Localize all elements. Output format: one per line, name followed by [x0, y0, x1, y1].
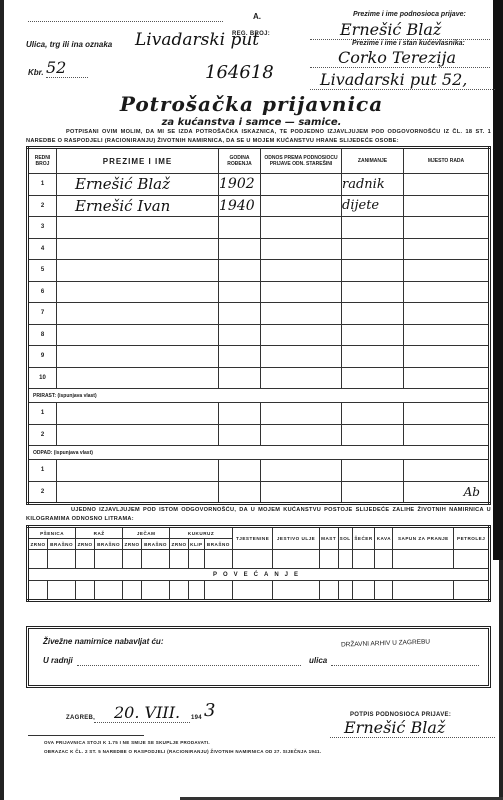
- row-number: 4: [28, 238, 57, 260]
- table-row: 7: [28, 303, 490, 325]
- table-row: 9: [28, 346, 490, 368]
- stock-cell[interactable]: [204, 581, 232, 601]
- relation[interactable]: [261, 367, 342, 389]
- stock-cell[interactable]: [393, 581, 454, 601]
- birth-year[interactable]: 1902: [219, 174, 261, 196]
- stock-cell[interactable]: [28, 550, 48, 569]
- person-name[interactable]: [57, 238, 219, 260]
- person-name[interactable]: Ernešić Blaž: [57, 174, 219, 196]
- increase-label: POVEĆANJE: [28, 569, 490, 581]
- person-name[interactable]: Ernešić Ivan: [57, 195, 219, 217]
- relation[interactable]: [261, 460, 342, 482]
- table-row: 4: [28, 238, 490, 260]
- person-name[interactable]: [57, 424, 219, 446]
- householder-name: Corko Terezija: [310, 48, 490, 68]
- table-row: 10: [28, 367, 490, 389]
- birth-year[interactable]: [219, 424, 261, 446]
- year-prefix: 194: [191, 715, 202, 721]
- applicant-name: Ernešić Blaž: [310, 20, 490, 40]
- decrease-label: ODPAD: (ispunjava vlast): [28, 446, 490, 460]
- decrease-section-header: ODPAD: (ispunjava vlast): [28, 446, 490, 460]
- relation[interactable]: [261, 424, 342, 446]
- occupation[interactable]: dijete: [342, 195, 404, 217]
- table-row: 3: [28, 217, 490, 239]
- relation[interactable]: [261, 238, 342, 260]
- form-letter: A.: [253, 12, 261, 21]
- occupation[interactable]: [342, 281, 404, 303]
- applicant-label: Prezime i ime podnosioca prijave:: [353, 11, 466, 18]
- stock-cell[interactable]: [204, 550, 232, 569]
- relation[interactable]: [261, 403, 342, 425]
- stock-cell[interactable]: [375, 581, 393, 601]
- shop-field[interactable]: [77, 664, 301, 666]
- street-label: Ulica, trg ili ina oznaka: [26, 40, 112, 49]
- workplace[interactable]: [404, 174, 490, 196]
- subheader-flour: BRAŠNO: [48, 539, 76, 550]
- person-name[interactable]: [57, 217, 219, 239]
- year-suffix: 3: [204, 700, 215, 721]
- stock-cell[interactable]: [375, 550, 393, 569]
- row-number: 8: [28, 324, 57, 346]
- shop-label: U radnji: [43, 656, 73, 665]
- workplace[interactable]: [404, 346, 490, 368]
- row-number: 2: [28, 481, 57, 504]
- birth-year[interactable]: [219, 346, 261, 368]
- stock-cell[interactable]: [232, 550, 272, 569]
- price-note: OVA PRIJAVNICA STOJI K 1.75 I NE SMIJE S…: [44, 740, 210, 745]
- birth-year[interactable]: [219, 460, 261, 482]
- table-row: 2Ab: [28, 481, 490, 504]
- birth-year[interactable]: [219, 260, 261, 282]
- row-number: 1: [28, 403, 57, 425]
- street-field[interactable]: [331, 664, 479, 666]
- place-label: ZAGREB,: [66, 715, 95, 721]
- house-number-value: 52: [46, 58, 88, 78]
- relation[interactable]: [261, 346, 342, 368]
- stock-cell[interactable]: [273, 581, 319, 601]
- stock-cell[interactable]: [95, 581, 123, 601]
- stock-paragraph: UJEDNO IZJAVLJUJEM POD ISTOM ODGOVORNOŠĆ…: [26, 506, 491, 524]
- row-number: 10: [28, 367, 57, 389]
- occupation[interactable]: [342, 424, 404, 446]
- date-field: 20. VIII.: [94, 703, 190, 723]
- subheader-grain: ZRNO: [76, 539, 95, 550]
- stock-cell[interactable]: [28, 581, 48, 601]
- table-row: 1 Ernešić Blaž 1902 radnik: [28, 174, 490, 196]
- relation[interactable]: [261, 195, 342, 217]
- header-workplace: MJESTO RADA: [404, 148, 490, 174]
- stock-cell[interactable]: [319, 550, 338, 569]
- stock-cell[interactable]: [352, 581, 375, 601]
- stock-cell[interactable]: [123, 550, 142, 569]
- stock-cell[interactable]: [76, 550, 95, 569]
- occupation[interactable]: [342, 346, 404, 368]
- stock-cell[interactable]: [170, 550, 189, 569]
- stock-cell[interactable]: [319, 581, 338, 601]
- header-soap: SAPUN ZA PRANJE: [393, 527, 454, 550]
- birth-year[interactable]: [219, 403, 261, 425]
- row-number: 6: [28, 281, 57, 303]
- row-number: 5: [28, 260, 57, 282]
- workplace[interactable]: [404, 403, 490, 425]
- person-name[interactable]: [57, 281, 219, 303]
- stock-cell[interactable]: [454, 581, 490, 601]
- person-name[interactable]: [57, 367, 219, 389]
- scan-edge-right-lower: [499, 560, 503, 800]
- occupation[interactable]: [342, 260, 404, 282]
- birth-year[interactable]: 1940: [219, 195, 261, 217]
- stock-cell[interactable]: [188, 550, 204, 569]
- occupation[interactable]: [342, 238, 404, 260]
- row-number: 2: [28, 195, 57, 217]
- supply-heading: Živežne namirnice nabavljat ću:: [43, 637, 163, 646]
- header-oil: JESTIVO ULJE: [273, 527, 319, 550]
- reg-broj-value: 164618: [205, 62, 274, 83]
- subheader-grain: ZRNO: [28, 539, 48, 550]
- relation[interactable]: [261, 281, 342, 303]
- header-salt: SOL: [338, 527, 352, 550]
- workplace[interactable]: [404, 217, 490, 239]
- persons-table: REDNI BROJ PREZIME I IME GODINA ROĐENJA …: [26, 146, 491, 505]
- subheader-flour: BRAŠNO: [95, 539, 123, 550]
- stock-table: PŠENICA RAŽ JEČAM KUKURUZ TJESTENINE JES…: [26, 525, 491, 602]
- header-lard: MAST: [319, 527, 338, 550]
- householder-address: Livadarski put 52,: [310, 70, 495, 90]
- stock-cell[interactable]: [188, 581, 204, 601]
- occupation[interactable]: [342, 460, 404, 482]
- header-barley: JEČAM: [123, 527, 170, 539]
- header-pasta: TJESTENINE: [232, 527, 272, 550]
- subheader-cob: KLIP: [188, 539, 204, 550]
- stock-cell[interactable]: [123, 581, 142, 601]
- workplace[interactable]: [404, 424, 490, 446]
- street-value: Livadarski put: [135, 30, 259, 50]
- birth-year[interactable]: [219, 238, 261, 260]
- top-blank-line: [28, 20, 223, 22]
- row-number: 1: [28, 460, 57, 482]
- relation[interactable]: [261, 324, 342, 346]
- footnote-rule: [28, 735, 144, 736]
- stock-cell[interactable]: [232, 581, 272, 601]
- occupation[interactable]: [342, 324, 404, 346]
- workplace[interactable]: [404, 460, 490, 482]
- workplace[interactable]: [404, 281, 490, 303]
- stock-cell[interactable]: [338, 550, 352, 569]
- stock-values-row: [28, 550, 490, 569]
- subheader-flour: BRAŠNO: [204, 539, 232, 550]
- header-occupation: ZANIMANJE: [342, 148, 404, 174]
- relation[interactable]: [261, 174, 342, 196]
- header-corn: KUKURUZ: [170, 527, 233, 539]
- person-name[interactable]: [57, 460, 219, 482]
- form-reference-note: OBRAZAC K ČL. 2 ST. 5 NAREDBE O RASPODJE…: [44, 749, 321, 754]
- subheader-grain: ZRNO: [123, 539, 142, 550]
- stock-increase-header: POVEĆANJE: [28, 569, 490, 581]
- row-number: 7: [28, 303, 57, 325]
- street-field-label: ulica: [309, 656, 327, 665]
- stock-increase-row: [28, 581, 490, 601]
- row-number: 2: [28, 424, 57, 446]
- stock-cell[interactable]: [48, 550, 76, 569]
- person-name[interactable]: [57, 346, 219, 368]
- table-row: 6: [28, 281, 490, 303]
- birth-year[interactable]: [219, 324, 261, 346]
- occupation[interactable]: [342, 367, 404, 389]
- birth-year[interactable]: [219, 217, 261, 239]
- stock-cell[interactable]: [76, 581, 95, 601]
- header-relation: ODNOS PREMA PODNOSIOCU PRIJAVE ODN. STAR…: [261, 148, 342, 174]
- stock-cell[interactable]: [338, 581, 352, 601]
- table-row: 2 Ernešić Ivan 1940 dijete: [28, 195, 490, 217]
- official-mark: Ab: [404, 481, 490, 504]
- table-row: 5: [28, 260, 490, 282]
- relation[interactable]: [261, 481, 342, 504]
- relation[interactable]: [261, 303, 342, 325]
- birth-year[interactable]: [219, 481, 261, 504]
- persons-table-header: REDNI BROJ PREZIME I IME GODINA ROĐENJA …: [28, 148, 490, 174]
- stock-cell[interactable]: [454, 550, 490, 569]
- stock-cell[interactable]: [141, 581, 169, 601]
- workplace[interactable]: [404, 367, 490, 389]
- form-subtitle: za kućanstva i samce — samice.: [0, 117, 503, 128]
- signature: Ernešić Blaž: [330, 718, 495, 738]
- intro-paragraph: POTPISANI OVIM MOLIM, DA MI SE IZDA POTR…: [26, 128, 491, 146]
- stock-cell[interactable]: [273, 550, 319, 569]
- occupation[interactable]: [342, 403, 404, 425]
- archive-stamp: DRŽAVNI ARHIV U ZAGREBU: [341, 638, 430, 648]
- header-coffee: KAVA: [375, 527, 393, 550]
- relation[interactable]: [261, 260, 342, 282]
- increase-label: PRIRAST: (ispunjava vlast): [28, 389, 490, 403]
- birth-year[interactable]: [219, 303, 261, 325]
- header-rye: RAŽ: [76, 527, 123, 539]
- occupation[interactable]: [342, 481, 404, 504]
- stock-cell[interactable]: [170, 581, 189, 601]
- person-name[interactable]: [57, 324, 219, 346]
- relation[interactable]: [261, 217, 342, 239]
- occupation[interactable]: [342, 217, 404, 239]
- workplace[interactable]: [404, 238, 490, 260]
- table-row: 1: [28, 403, 490, 425]
- stock-cell[interactable]: [393, 550, 454, 569]
- header-wheat: PŠENICA: [28, 527, 76, 539]
- header-sugar: ŠEĆER: [352, 527, 375, 550]
- stock-cell[interactable]: [48, 581, 76, 601]
- occupation[interactable]: radnik: [342, 174, 404, 196]
- form-title: Potrošačka prijavnica: [0, 92, 503, 116]
- birth-year[interactable]: [219, 281, 261, 303]
- subheader-flour: BRAŠNO: [141, 539, 169, 550]
- stock-table-group-header: PŠENICA RAŽ JEČAM KUKURUZ TJESTENINE JES…: [28, 527, 490, 539]
- table-row: 1: [28, 460, 490, 482]
- workplace[interactable]: [404, 260, 490, 282]
- workplace[interactable]: [404, 195, 490, 217]
- occupation[interactable]: [342, 303, 404, 325]
- table-row: 8: [28, 324, 490, 346]
- stock-cell[interactable]: [352, 550, 375, 569]
- increase-section-header: PRIRAST: (ispunjava vlast): [28, 389, 490, 403]
- person-name[interactable]: [57, 481, 219, 504]
- stock-cell[interactable]: [95, 550, 123, 569]
- workplace[interactable]: [404, 303, 490, 325]
- person-name[interactable]: [57, 260, 219, 282]
- row-number: 3: [28, 217, 57, 239]
- workplace[interactable]: [404, 324, 490, 346]
- table-row: 2: [28, 424, 490, 446]
- stock-cell[interactable]: [141, 550, 169, 569]
- row-number: 1: [28, 174, 57, 196]
- row-number: 9: [28, 346, 57, 368]
- subheader-grain: ZRNO: [170, 539, 189, 550]
- header-name: PREZIME I IME: [57, 148, 219, 174]
- person-name[interactable]: [57, 403, 219, 425]
- householder-label: Prezime i ime i stan kućevlasnika:: [352, 40, 465, 47]
- header-petroleum: PETROLEJ: [454, 527, 490, 550]
- header-serial: REDNI BROJ: [28, 148, 57, 174]
- house-number-label: Kbr.: [28, 68, 44, 77]
- header-birth-year: GODINA ROĐENJA: [219, 148, 261, 174]
- birth-year[interactable]: [219, 367, 261, 389]
- supply-box: Živežne namirnice nabavljat ću: U radnji…: [26, 626, 491, 688]
- person-name[interactable]: [57, 303, 219, 325]
